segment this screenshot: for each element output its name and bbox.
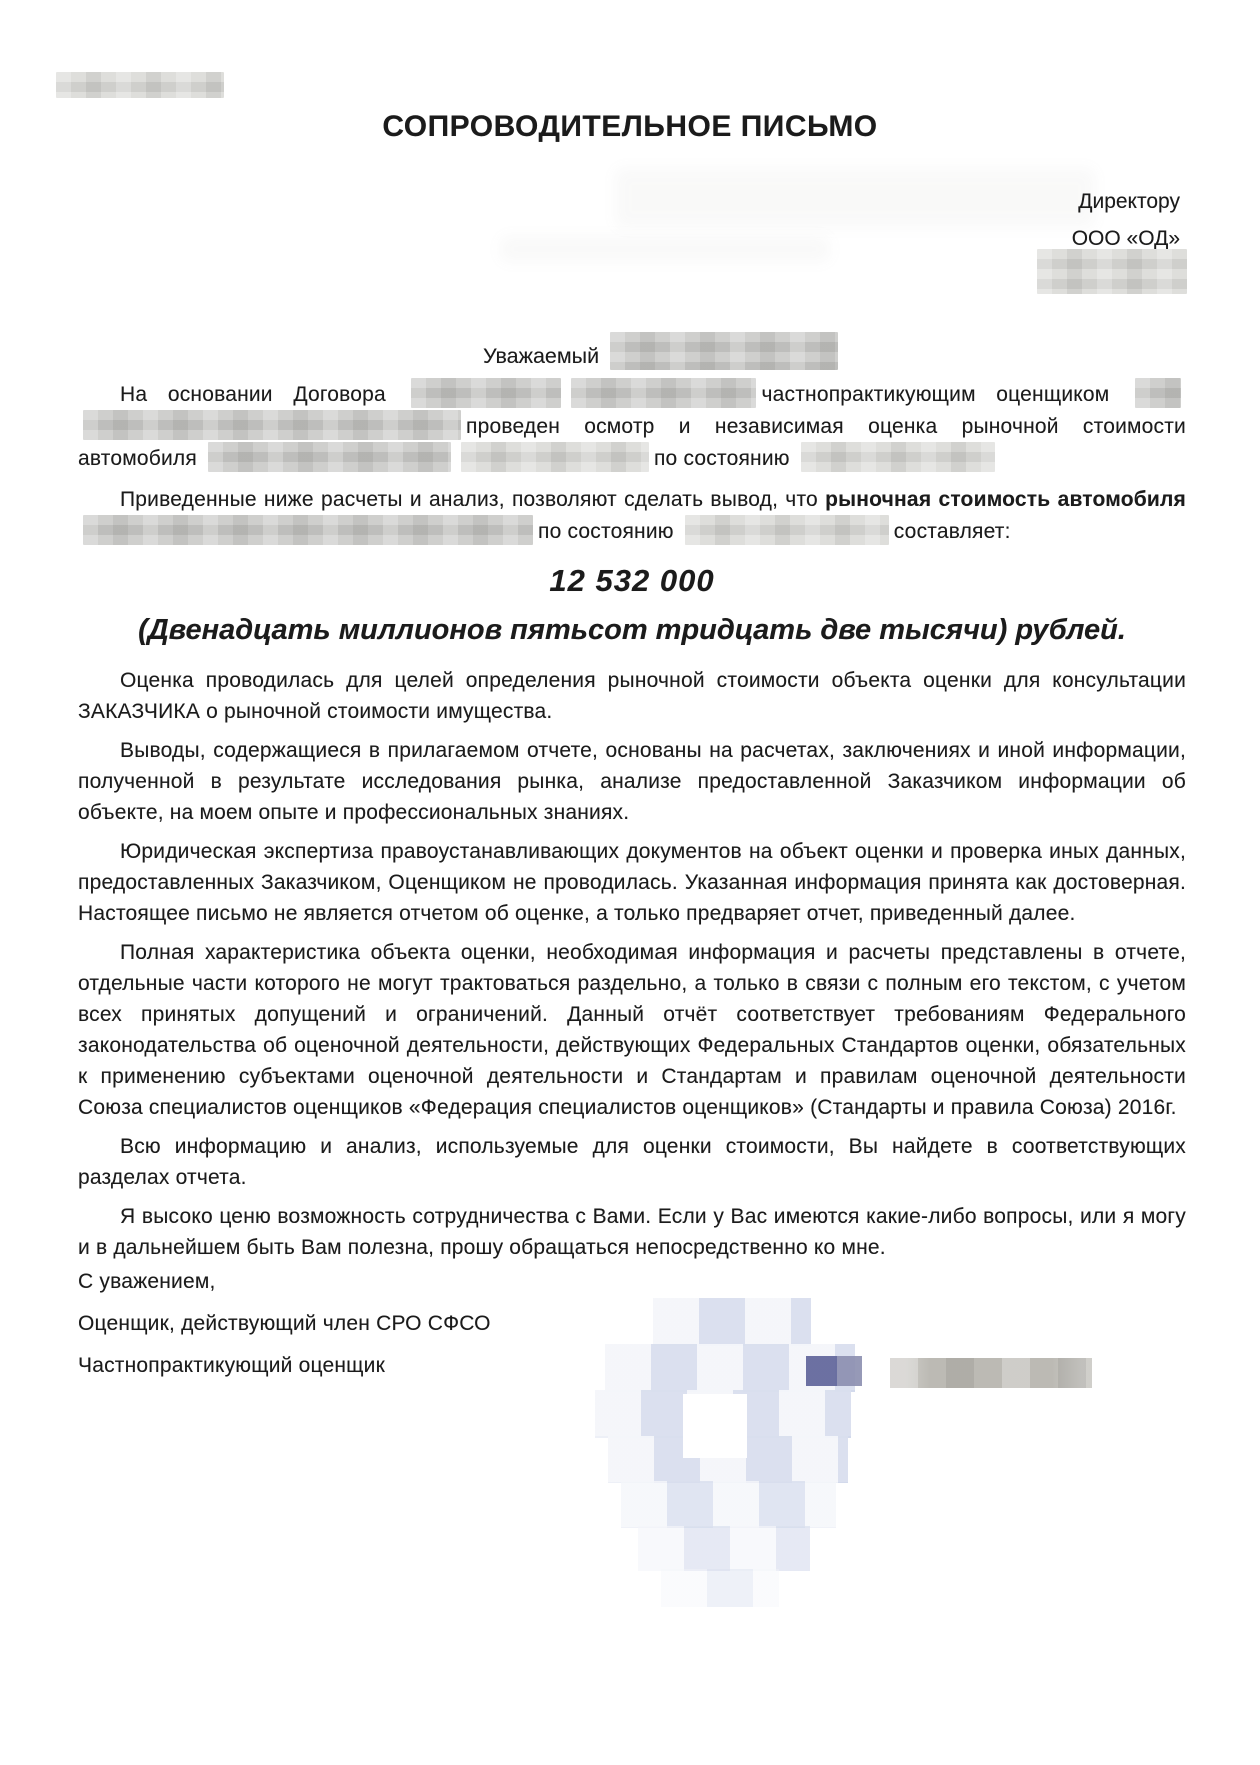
valuation-amount-words: (Двенадцать миллионов пятьсот тридцать д… — [78, 609, 1186, 651]
paragraph: Выводы, содержащиеся в прилагаемом отчет… — [78, 735, 1186, 828]
redacted-blur — [1135, 378, 1181, 408]
redacted-blur — [685, 515, 889, 545]
scan-artifact — [615, 168, 1095, 228]
redacted-blur — [461, 442, 649, 472]
redacted-blur — [411, 378, 561, 408]
redacted-blur — [83, 515, 533, 545]
paragraph: На основании Договора частнопрактикующим… — [78, 378, 1186, 474]
stamp-pixel-row — [661, 1569, 779, 1607]
redacted-blur — [56, 72, 224, 98]
redacted-blur — [610, 332, 838, 370]
stamp-blur — [583, 1298, 863, 1613]
document-page: СОПРОВОДИТЕЛЬНОЕ ПИСЬМО Директору ООО «О… — [0, 0, 1260, 1765]
paragraph: Оценка проводилась для целей определения… — [78, 665, 1186, 727]
page-title: СОПРОВОДИТЕЛЬНОЕ ПИСЬМО — [0, 110, 1260, 144]
redacted-blur — [1037, 249, 1187, 294]
bold-text: рыночная стоимость автомобиля — [825, 488, 1186, 511]
salutation-line: Уважаемый — [483, 332, 1186, 374]
stamp-gap — [683, 1394, 747, 1458]
paragraph: Полная характеристика объекта оценки, не… — [78, 937, 1186, 1123]
paragraph: Приведенные ниже расчеты и анализ, позво… — [78, 484, 1186, 547]
signature-mark-blur — [806, 1356, 862, 1386]
valuation-amount-numeric: 12 532 000 — [78, 561, 1186, 601]
redacted-blur — [83, 410, 461, 440]
stamp-pixel-row — [638, 1526, 810, 1571]
redacted-blur — [208, 442, 451, 472]
closing-appraiser-title: Оценщик, действующий член СРО СФСО — [78, 1308, 491, 1339]
addressee-position: Директору — [1072, 183, 1180, 220]
closing-appraiser-role: Частнопрактикующий оценщик — [78, 1350, 491, 1381]
paragraph: Я высоко ценю возможность сотрудничества… — [78, 1201, 1186, 1263]
signature-blur — [890, 1358, 1092, 1388]
closing-regards: С уважением, — [78, 1266, 491, 1297]
stamp-pixel-row — [621, 1481, 836, 1528]
redacted-blur — [571, 378, 756, 408]
scan-artifact — [500, 236, 830, 262]
closing-block: С уважением, Оценщик, действующий член С… — [78, 1266, 491, 1392]
paragraph: Юридическая экспертиза правоустанавливаю… — [78, 836, 1186, 929]
redacted-blur — [801, 442, 995, 472]
letter-body: Уважаемый На основании Договора частнопр… — [78, 332, 1186, 1263]
stamp-pixel-row — [653, 1298, 811, 1346]
paragraph: Всю информацию и анализ, используемые дл… — [78, 1131, 1186, 1193]
addressee-block: Директору ООО «ОД» — [1072, 183, 1180, 257]
